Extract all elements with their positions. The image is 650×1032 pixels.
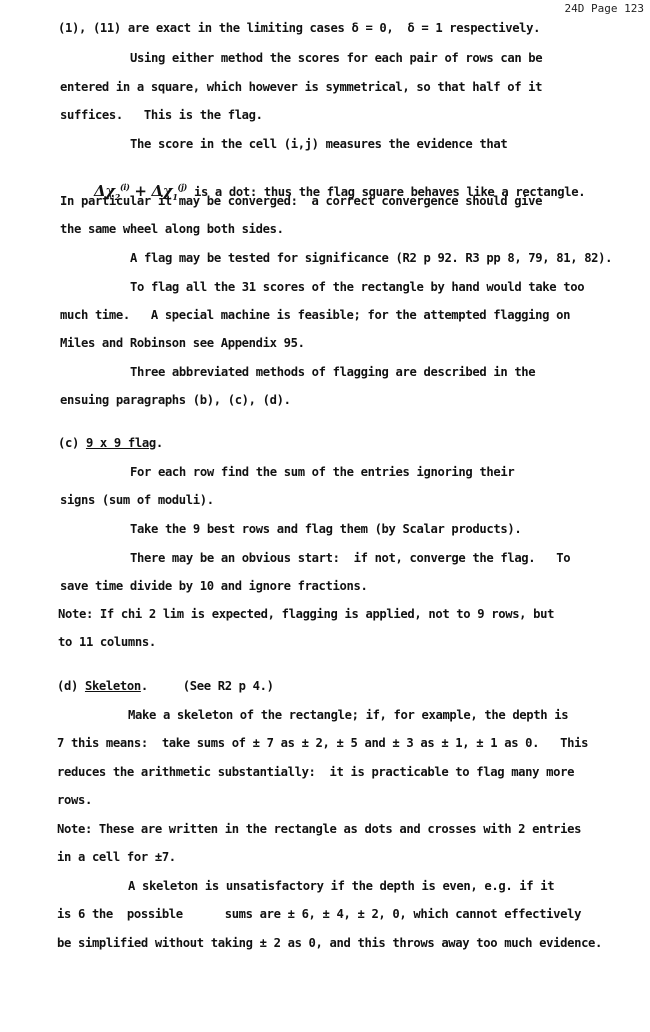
note-line: Note: If chi 2 lim is expected, flagging… bbox=[58, 606, 554, 622]
paragraph-start: Take the 9 best rows and flag them (by S… bbox=[130, 521, 521, 537]
section-heading-d: (d) Skeleton. (See R2 p 4.) bbox=[57, 678, 274, 694]
text-line: 7 this means: take sums of ± 7 as ± 2, ±… bbox=[57, 735, 588, 751]
paragraph-start: Three abbreviated methods of flagging ar… bbox=[130, 364, 535, 380]
text-line: In particular it may be converged: a cor… bbox=[60, 193, 542, 209]
paragraph-start: A flag may be tested for significance (R… bbox=[130, 250, 612, 266]
paragraph-start: To flag all the 31 scores of the rectang… bbox=[130, 279, 584, 295]
paragraph-start: A skeleton is unsatisfactory if the dept… bbox=[128, 878, 554, 894]
text-line: ensuing paragraphs (b), (c), (d). bbox=[60, 392, 291, 408]
text-line: in a cell for ±7. bbox=[57, 849, 176, 865]
paragraph-start: For each row find the sum of the entries… bbox=[130, 464, 514, 480]
paragraph-start: The score in the cell (i,j) measures the… bbox=[130, 136, 507, 152]
text-line: much time. A special machine is feasible… bbox=[60, 307, 570, 323]
text-line: is 6 the possible sums are ± 6, ± 4, ± 2… bbox=[57, 906, 581, 922]
text-line: be simplified without taking ± 2 as 0, a… bbox=[57, 935, 602, 951]
text-line: to 11 columns. bbox=[58, 634, 156, 650]
text-line: suffices. This is the flag. bbox=[60, 107, 263, 123]
text-line: (1), (11) are exact in the limiting case… bbox=[58, 20, 540, 36]
note-line: Note: These are written in the rectangle… bbox=[57, 821, 581, 837]
text-line: save time divide by 10 and ignore fracti… bbox=[60, 578, 367, 594]
page-label: 24D Page 123 bbox=[565, 2, 644, 15]
text-line: signs (sum of moduli). bbox=[60, 492, 214, 508]
text-line: reduces the arithmetic substantially: it… bbox=[57, 764, 574, 780]
formula-line: Δχ2(i) + Δχ1(j) is a dot: thus the flag … bbox=[66, 163, 585, 221]
text-line: the same wheel along both sides. bbox=[60, 221, 284, 237]
text-line: Miles and Robinson see Appendix 95. bbox=[60, 335, 305, 351]
section-heading-c: (c) 9 x 9 flag. bbox=[58, 435, 163, 451]
text-line: rows. bbox=[57, 792, 92, 808]
paragraph-start: Make a skeleton of the rectangle; if, fo… bbox=[128, 707, 568, 723]
text-line: entered in a square, which however is sy… bbox=[60, 79, 542, 95]
paragraph-start: Using either method the scores for each … bbox=[130, 50, 542, 66]
paragraph-start: There may be an obvious start: if not, c… bbox=[130, 550, 570, 566]
